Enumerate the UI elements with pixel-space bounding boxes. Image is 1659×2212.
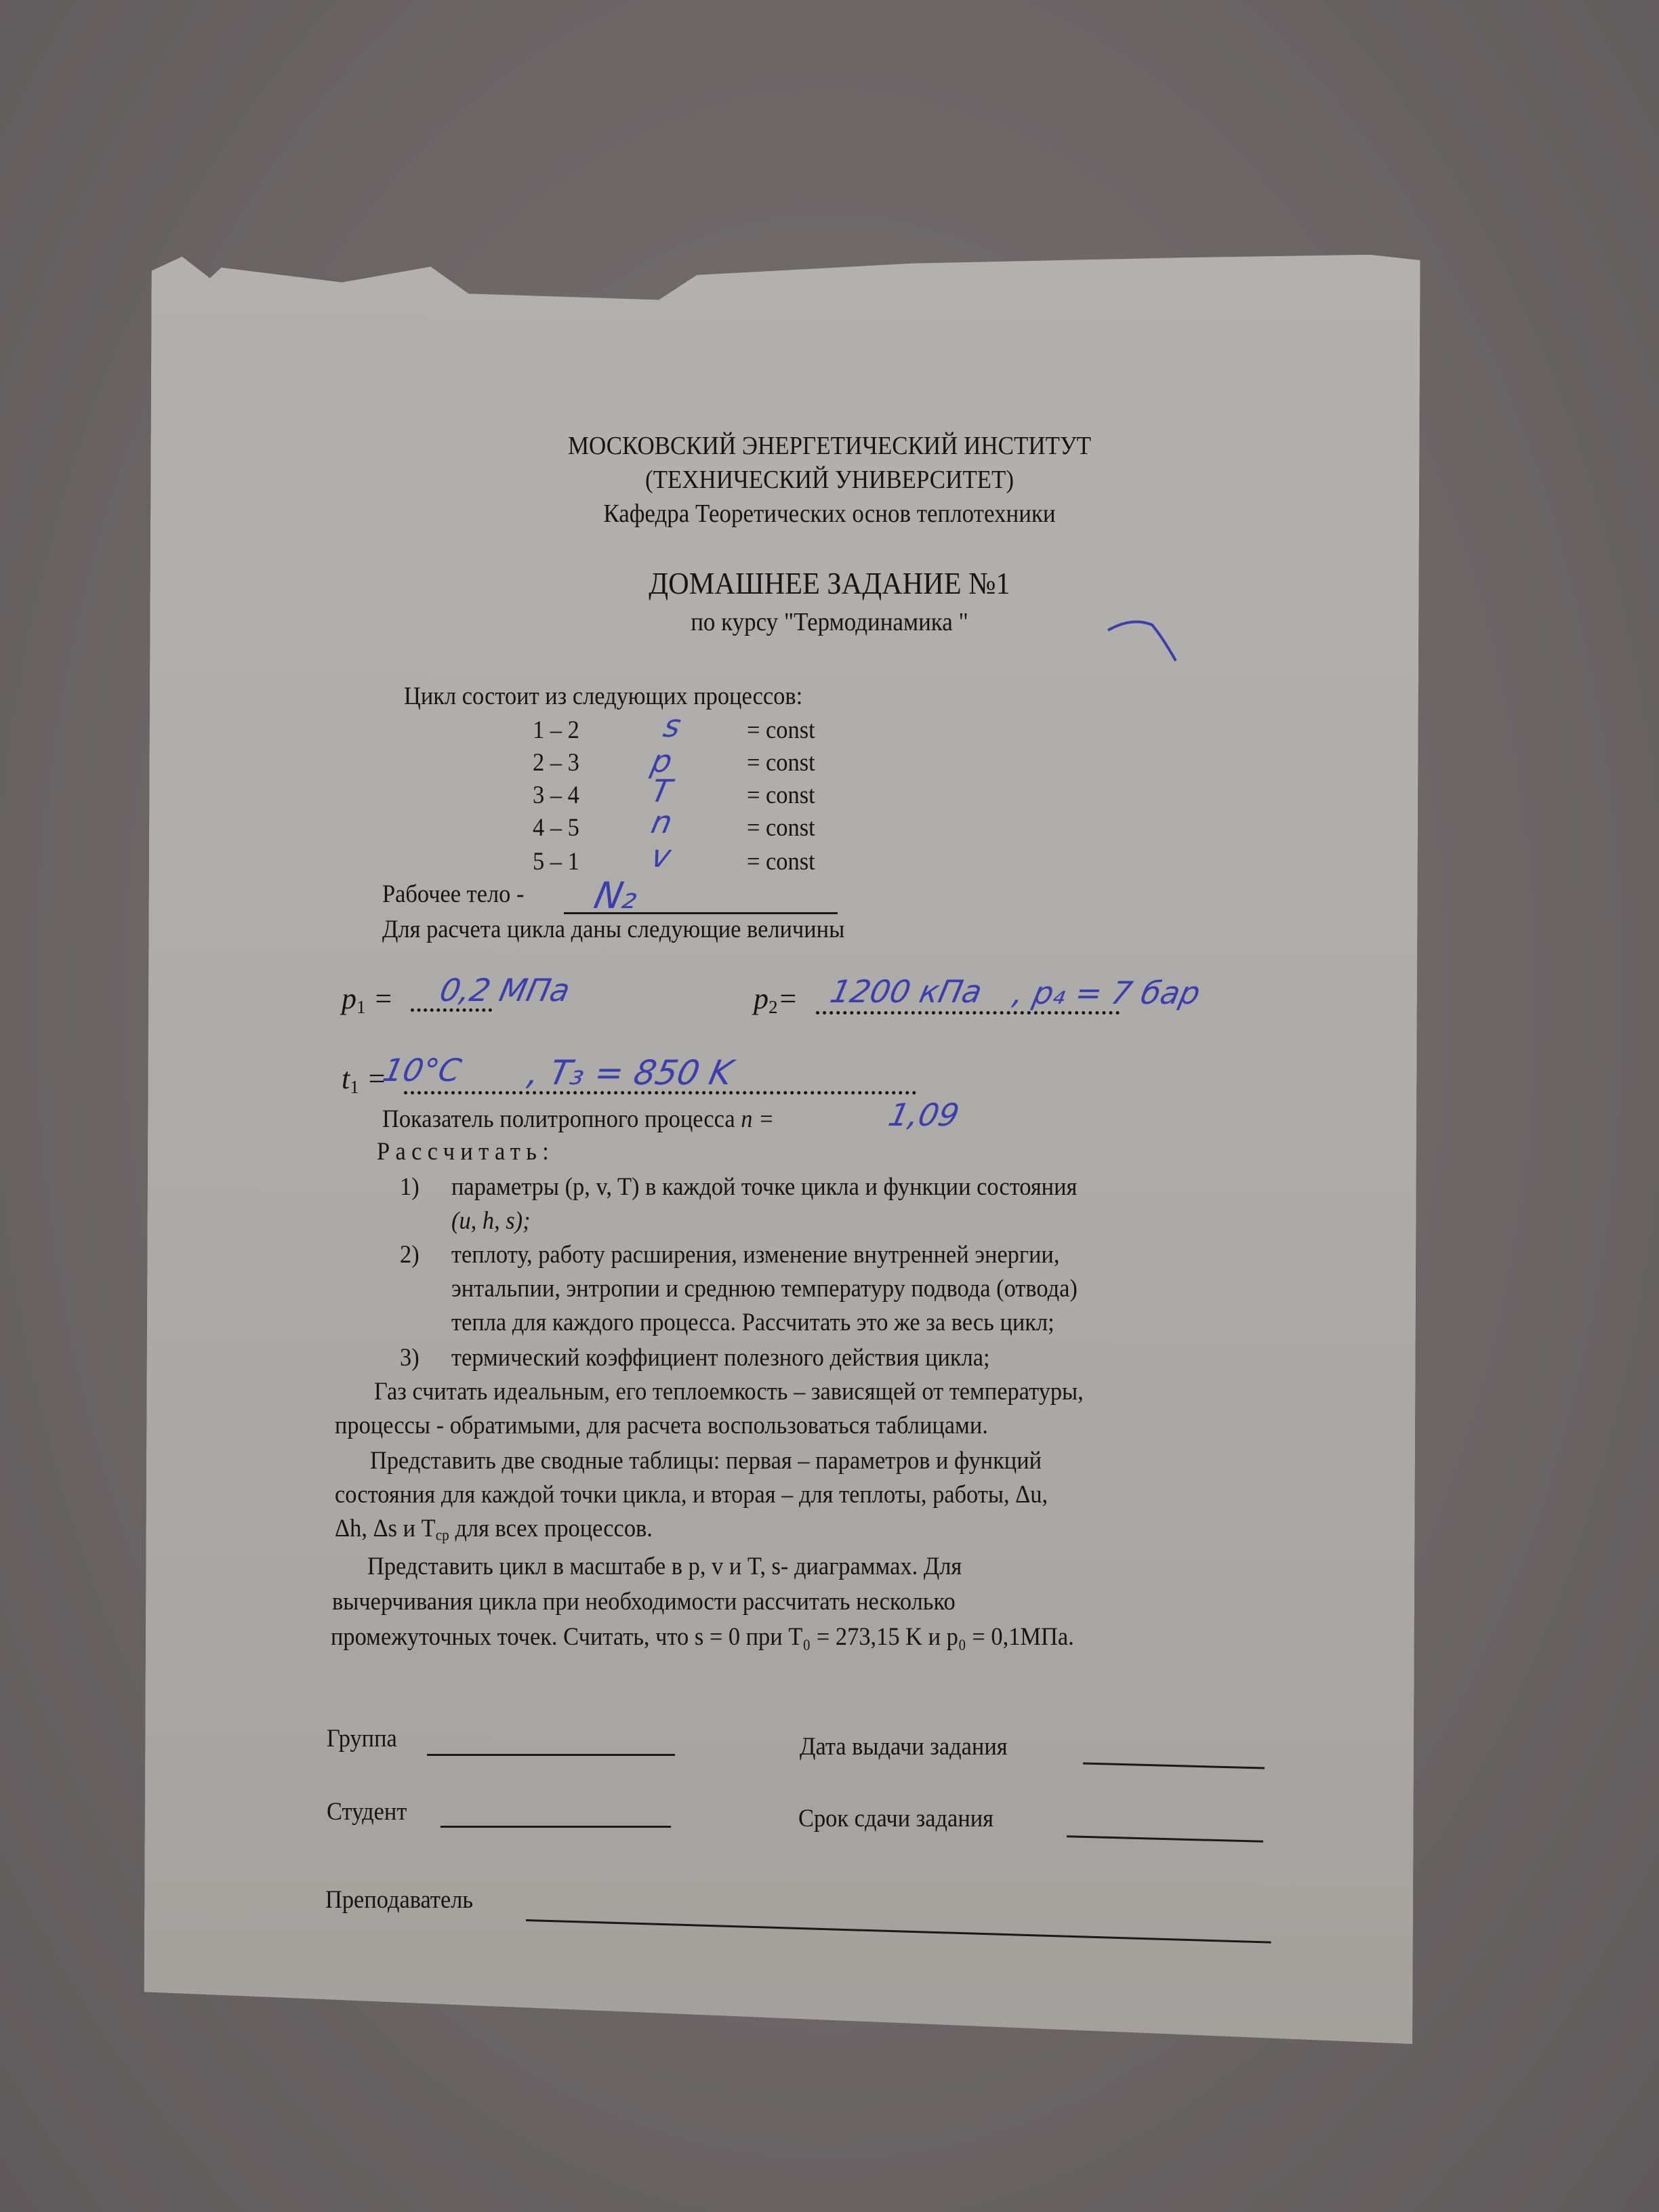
diagram-note: Представить цикл в масштабе в p, v и T, … xyxy=(367,1552,962,1581)
tables-note: состояния для каждой точки цикла, и втор… xyxy=(335,1480,1048,1509)
process-const: = const xyxy=(747,748,815,777)
student-label: Студент xyxy=(327,1797,407,1826)
p1-label: p1 = xyxy=(342,981,393,1018)
diagram-note: вычерчивания цикла при необходимости рас… xyxy=(332,1587,956,1616)
t1-label: t1 = xyxy=(342,1061,387,1098)
p1-value[interactable]: 0,2 МПа xyxy=(436,972,573,1008)
given-intro: Для расчета цикла даны следующие величин… xyxy=(382,915,844,944)
gas-note: Газ считать идеальным, его теплоемкость … xyxy=(374,1377,1084,1406)
task-text: тепла для каждого процесса. Рассчитать э… xyxy=(451,1308,1054,1337)
course-name: по курсу "Термодинамика " xyxy=(66,607,1593,637)
working-body-label: Рабочее тело - xyxy=(382,880,524,909)
process-const: = const xyxy=(747,847,815,876)
process-segment: 1 – 2 xyxy=(533,716,579,745)
issue-date-label: Дата выдачи задания xyxy=(800,1732,1008,1761)
institute-name: МОСКОВСКИЙ ЭНЕРГЕТИЧЕСКИЙ ИНСТИТУТ xyxy=(66,431,1593,461)
task-text: энтальпии, энтропии и среднюю температур… xyxy=(451,1274,1078,1303)
process-segment: 2 – 3 xyxy=(533,748,579,777)
assignment-title: ДОМАШНЕЕ ЗАДАНИЕ №1 xyxy=(66,565,1593,601)
t1-value[interactable]: 10°C xyxy=(380,1052,464,1088)
department-name: Кафедра Теоретических основ теплотехники xyxy=(66,499,1593,529)
task-number: 2) xyxy=(400,1240,419,1269)
p4-value[interactable]: , p₄ = 7 бар xyxy=(1010,975,1204,1011)
task-number: 3) xyxy=(400,1343,419,1372)
polytropic-index-value[interactable]: 1,09 xyxy=(885,1097,962,1133)
pen-mark xyxy=(1105,610,1186,671)
group-field[interactable] xyxy=(427,1754,675,1756)
process-const: = const xyxy=(747,781,815,810)
student-field[interactable] xyxy=(441,1826,671,1828)
teacher-label: Преподаватель xyxy=(325,1885,473,1914)
process-segment: 5 – 1 xyxy=(533,847,579,876)
task-number: 1) xyxy=(400,1172,419,1202)
process-const: = const xyxy=(747,716,815,745)
deadline-label: Срок сдачи задания xyxy=(798,1804,994,1833)
diagram-note: промежуточных точек. Считать, что s = 0 … xyxy=(331,1622,1074,1652)
gas-note: процессы - обратимыми, для расчета воспо… xyxy=(335,1411,988,1440)
institute-subtitle: (ТЕХНИЧЕСКИЙ УНИВЕРСИТЕТ) xyxy=(66,465,1593,495)
group-label: Группа xyxy=(327,1724,397,1753)
task-text: теплоту, работу расширения, изменение вн… xyxy=(451,1240,1059,1269)
process-segment: 4 – 5 xyxy=(533,813,579,842)
task-text: (u, h, s); xyxy=(451,1206,531,1235)
task-text: термический коэффициент полезного действ… xyxy=(451,1343,990,1372)
task-text: параметры (p, v, T) в каждой точке цикла… xyxy=(451,1172,1077,1202)
p2-dotted-line xyxy=(816,1011,1120,1015)
cycle-intro: Цикл состоит из следующих процессов: xyxy=(404,682,802,711)
process-segment: 3 – 4 xyxy=(533,781,579,810)
process-const: = const xyxy=(747,813,815,842)
p2-value[interactable]: 1200 кПа xyxy=(827,973,985,1010)
tables-note: Представить две сводные таблицы: первая … xyxy=(370,1446,1042,1475)
tasks-heading: Рассчитать: xyxy=(377,1137,554,1166)
tables-note: Δh, Δs и Tср для всех процессов. xyxy=(335,1514,653,1544)
p1-dotted-line xyxy=(411,1008,492,1012)
polytropic-index-label: Показатель политропного процесса n = xyxy=(382,1105,774,1134)
T3-value[interactable]: , T₃ = 850 K xyxy=(525,1053,737,1092)
p2-label: p2= xyxy=(754,981,798,1018)
